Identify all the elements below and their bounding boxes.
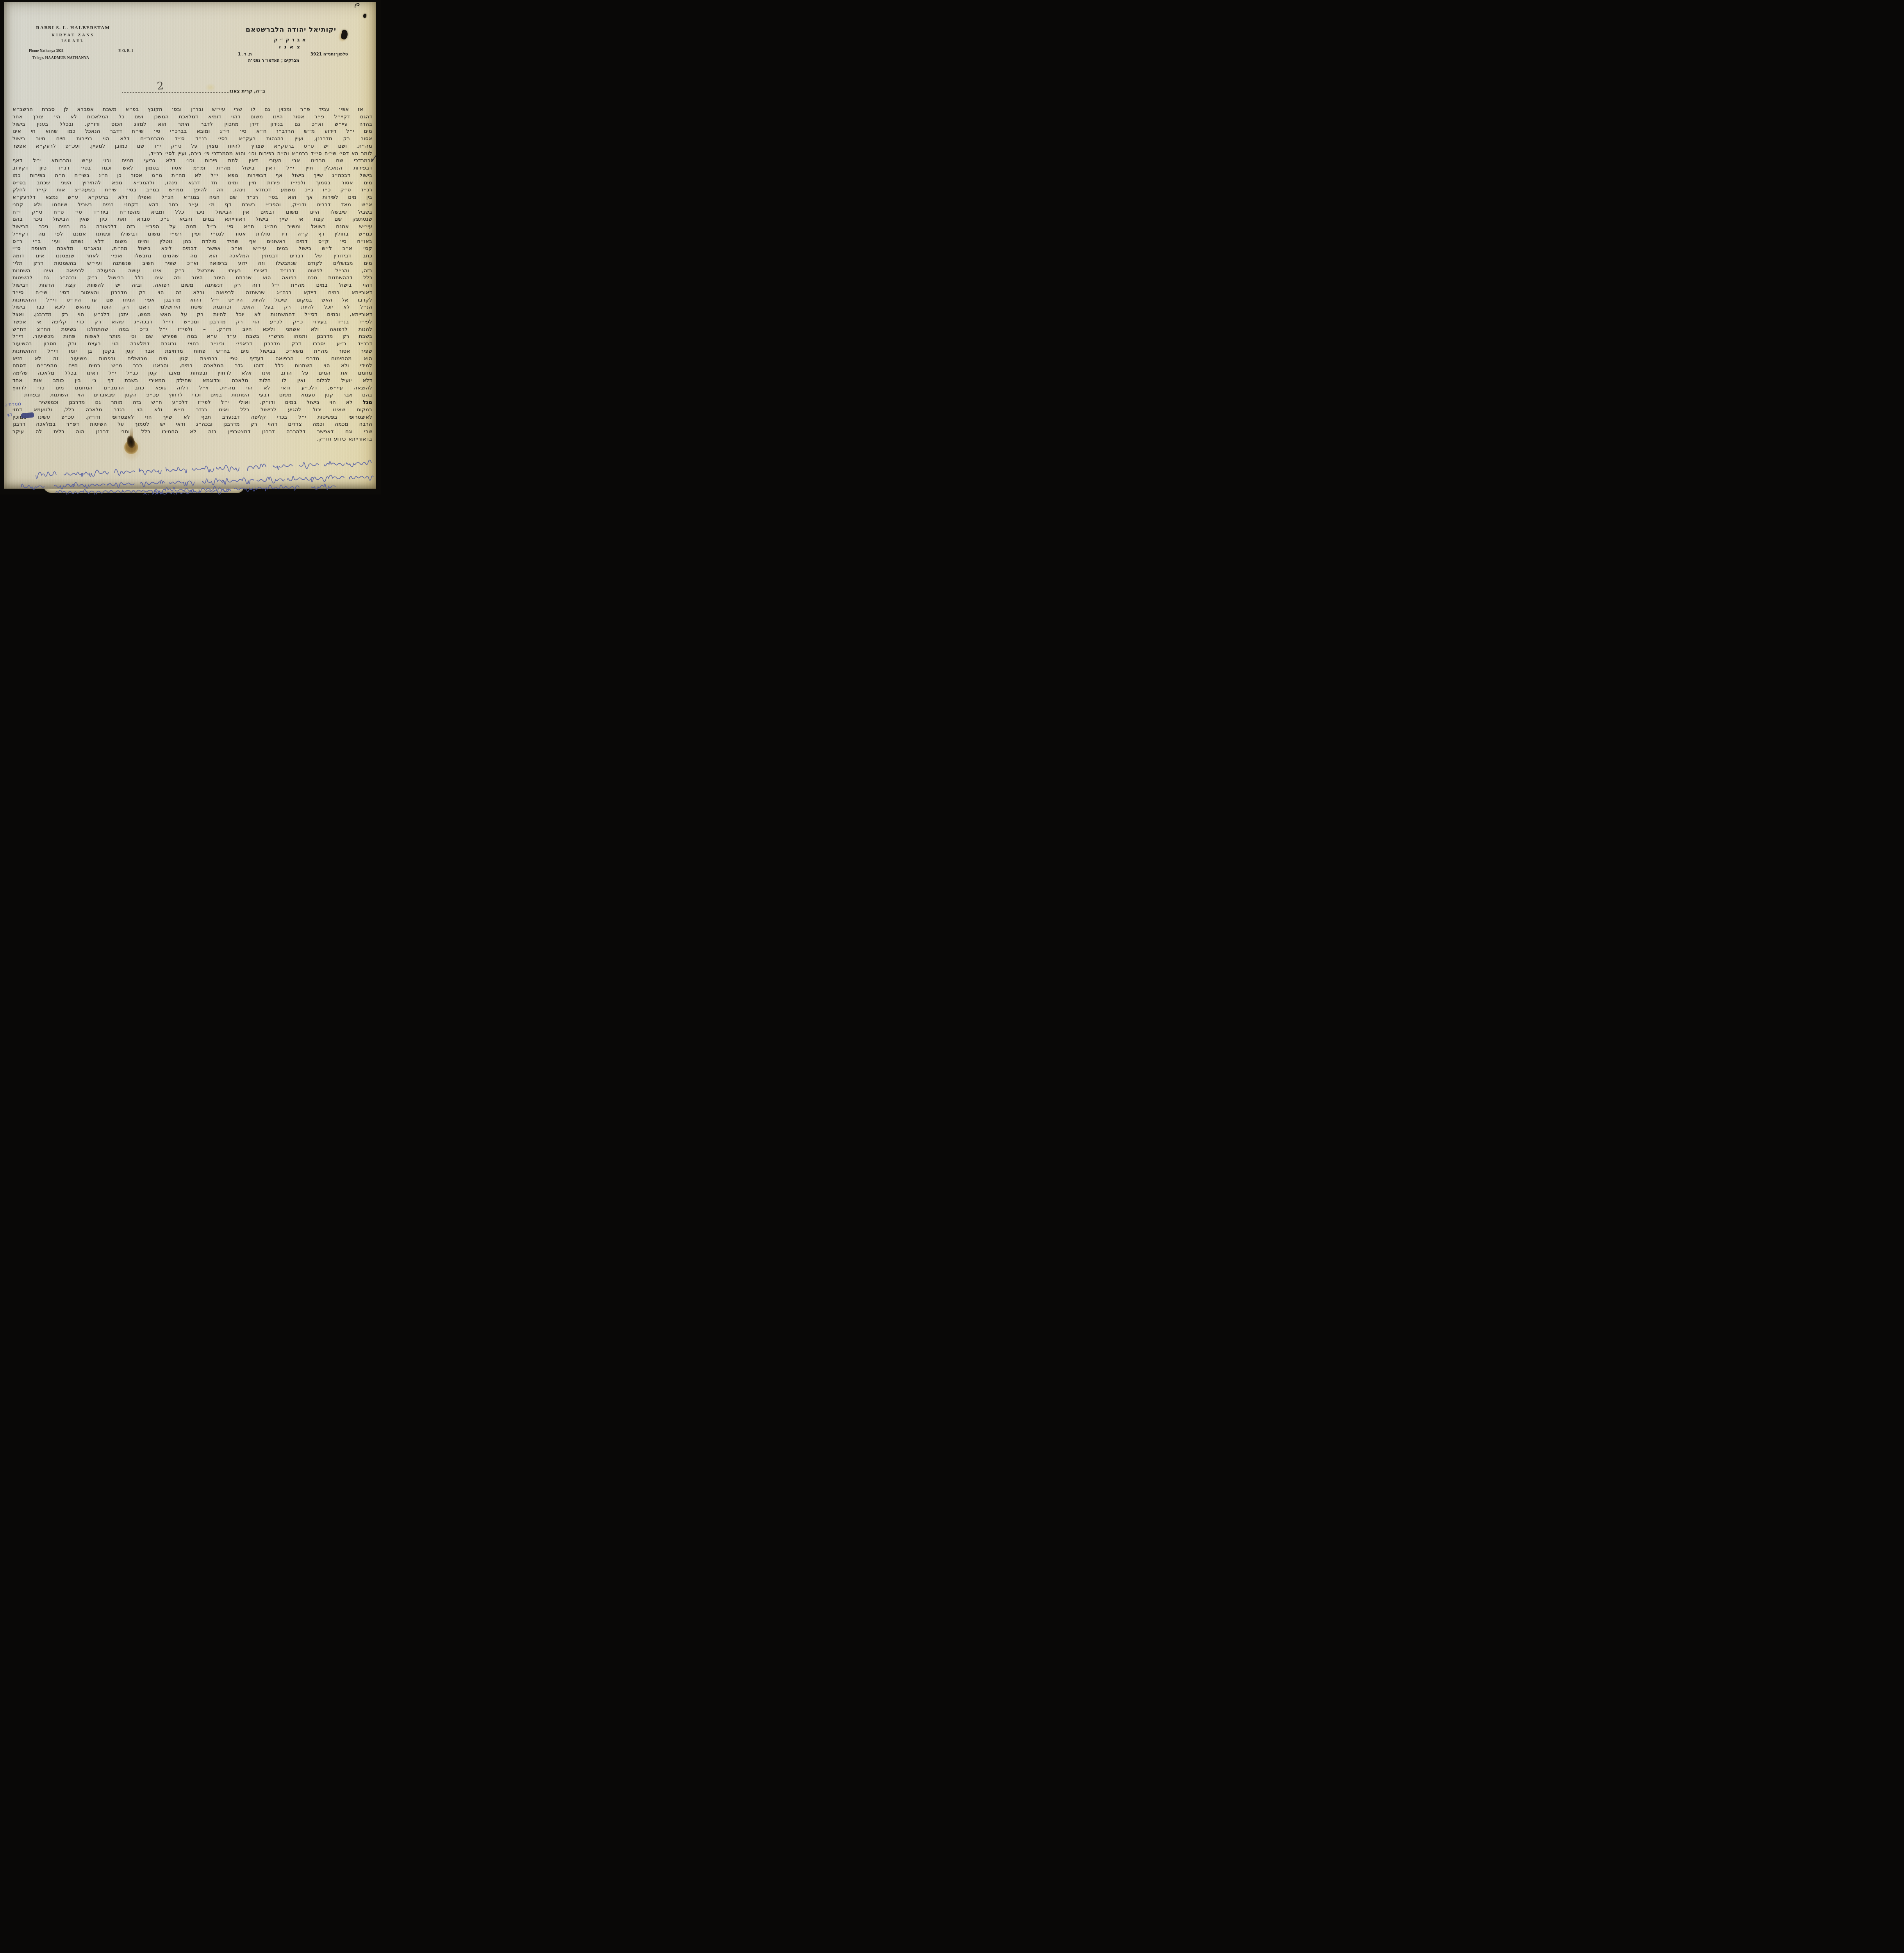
right-margin-mark: א ל [371,150,376,163]
letterhead-en-contacts: Phone Nathanya 3921 P. O. B. 1 [29,49,133,53]
typed-line: מים מבושלים לקודם שנתבשלו וזה ידוע ברפוא… [12,261,372,268]
letterhead-he-pob: ת. ד. 1 [238,52,252,57]
typed-line: דבנ״ד כ״ע יסברו דרק מדרבנן דבאפי׳ וכיו״ב… [12,341,372,348]
letterhead-he-contacts: טלפון־נתני־ה 3921 ת. ד. 1 [238,52,348,57]
typed-line: בשבת רק מדרבנן ותמהו מרש״י בשבת ע״ד ע״א … [12,334,372,341]
svg-text:ל: ל [371,158,373,162]
typed-line: מים אסור בסמוך ולפי״ז פירות חיין ומים חד… [12,180,372,187]
typed-line: מה״ת, ושם יש ט״ס ברעק״א שצריך להיות מצוי… [12,143,372,151]
typed-line: מחמם את המים על הרוב אינו אלא לרחוץ ובפח… [12,370,372,378]
letterhead-he-name: יקותיאל יהודה הלברשטאם [242,26,340,34]
letterhead-he-phone: טלפון־נתני־ה 3921 [310,52,348,57]
typed-line: בזה, והנ״ל לפשוט דבנ״ד דאיירי בעירוי שמב… [12,268,372,275]
letterhead-en-city: KIRYAT ZANS [28,33,118,37]
letterhead-en-pob: P. O. B. 1 [118,49,133,53]
handwritten-correction-word: הוי [7,412,12,418]
typed-line: במקום שאינו יכול להגיע לבישול כלל ואינו … [12,407,372,414]
typed-line: בדאורייתא כידוע ודו״ק. [12,436,372,444]
foxing-spot [205,83,216,92]
typed-line: כתב דבידורין של דברים דבמתיך המלאכה הוא … [12,253,372,261]
letterhead-en-name: RABBI S. L. HALBERSTAM [28,25,118,31]
typed-line: א״ש מאד דברינו ודו״ק, והפנ״י בשבת דף מ׳ … [12,202,372,209]
typed-line: לומר הא דסי׳ שי״ח סי״ד ברמ״א וה״ה בפירות… [12,151,372,158]
typed-line: כמ״ש בחולין דף ק״ה דיד סולדת אסור לנט״י … [12,231,372,239]
letterhead-en-telegraph: Telegr. HAADMUR NATHANYA [32,56,89,60]
typed-line: למידי ולא הוי השתנות כלל דזהו גדר המלאכה… [12,363,372,370]
typed-line: בהם אבר קטן טעמא משום דבעי השתנות במים ו… [12,392,372,400]
typed-line: דבפירות הנאכלין חיין י״ל דאין בישול מה״ת… [12,165,372,173]
punch-hole [363,14,366,18]
typed-line: דאורייתא, ובמים דס״ל דההשתנות לא יוכל לה… [12,312,372,319]
overwritten-word: מנל [363,400,372,405]
typed-line: ובמרדכי שם מרבינו אבי העזרי דאין לתת פיר… [12,158,372,165]
dateline-text: ב״ה, קרית צאנז [229,88,266,94]
typed-line: בשביל שיבשלו היינו משום דבמים אין הבישול… [12,209,372,217]
typed-line: קס׳ א״כ ל״ש בישול במים עיי״ש וא״כ אפשר ד… [12,246,372,253]
typed-line: אז אפי׳ עביד פ״ר ומכוין גם לו שרי עיי״ש … [12,107,372,114]
typed-line: מים י״ל דידוע מ״ש הרדב״ז ח״א סי׳ רי״ג ומ… [12,129,372,136]
typed-line: באו״ח סי׳ ק״ס דמים ראשונים אף שהיד סולדת… [12,239,372,246]
typed-line: שפיר אסור מה״ת משא״כ בבישול מים בח״ש פחו… [12,348,372,356]
typed-line: הנ״ל לא יוכל להיות רק בעל האש, וכדוגמת ש… [12,304,372,312]
dateline: ב״ה, קרית צאנז [121,87,266,94]
letterhead-en-phone: Phone Nathanya 3921 [29,49,64,53]
typed-body-text: אז אפי׳ עביד פ״ר ומכוין גם לו שרי עיי״ש … [12,107,372,444]
typed-line: להנות לרפואה ולא אשתני וליכא חיוב ודו״ק,… [12,327,372,334]
typed-line: דהגם דקיי״ל פ״ר אסור היינו משום דהוי דומ… [12,114,372,121]
scanned-letter-page: RABBI S. L. HALBERSTAM KIRYAT ZANS ISRAE… [0,0,381,494]
typed-line: שרי וגם דאפשר דלהרבה דרבנן דמצטרפין בזה … [12,429,372,436]
typed-line: בין מים לפירות אך הוא בסי׳ רנ״ד שם הגיה … [12,195,372,202]
letterhead-he-telegraph: מברקים ; האדמו״ר נתני־ה [248,58,299,63]
typed-line: עיי״ש אמנם בשואל ומשיב מה״ג ח״א סי׳ ר״ל … [12,224,372,231]
typed-line: הוא מהחימום מדרכי הרפואה דעדיף טפי ברחיצ… [12,356,372,363]
typed-line: דלא יועיל לכלום ואין לו חלות מלאכה וכדוג… [12,378,372,385]
typed-line: דהוי בישול במים מה״ת י״ל דזה רק דנשתנה מ… [12,282,372,290]
typed-line: בהדה עיי״ש וא״כ גם בנידון דידן מתכוין לד… [12,121,372,129]
typed-line: כלל דההשתנות מכח רפואה הוא שנרתח היטב הי… [12,275,372,282]
typed-line: מנל לא הוי בישול במים ודו״ק, ואולי י״ל ל… [12,400,372,407]
typed-line: בישול דבכה״ג שייך בישול אף דבפירות גופא … [12,173,372,180]
typed-line: לאיצטרופי בפשיטות י״ל בכדי קליפה דבנערב … [12,414,372,422]
letterhead-en-country: ISRAEL [28,39,118,43]
letterhead-he-city: צאנז [242,44,340,50]
typed-line: לקרבו אל האש במקום שיכול להיות היד״ס י״ל… [12,297,372,305]
letterhead-english: RABBI S. L. HALBERSTAM KIRYAT ZANS ISRAE… [28,25,118,43]
typed-line: שנסתפק שם קצת אי שייך בישול דאורייתא במי… [12,216,372,224]
paper: RABBI S. L. HALBERSTAM KIRYAT ZANS ISRAE… [4,2,376,489]
typed-line: לפי״ז בנ״ד בעירוי כ״ק לכ״ע הוי רק מדרבנן… [12,319,372,327]
corner-ink-squiggle [354,2,361,9]
typed-line: רנ״ד ס״ק כ״ו ג״כ משמע דכחדא נינהו, וזה ל… [12,187,372,195]
letterhead-he-title: אבדק״ק [242,37,340,43]
typed-line: להוצאה עיי״ש, דלכ״ע ודאי לא הוי מה״ת, וי… [12,385,372,393]
typed-line: הרבה מכמה וכמה צדדים דהוי רק מדרבנן ובכה… [12,421,372,429]
typed-line: אסור רק מדרבנן, ועיין בהגהות רעק״א בסי׳ … [12,136,372,143]
typed-line: דאורייתא במים דייקא בכה״ג שנשתנה לרפואה … [12,290,372,297]
